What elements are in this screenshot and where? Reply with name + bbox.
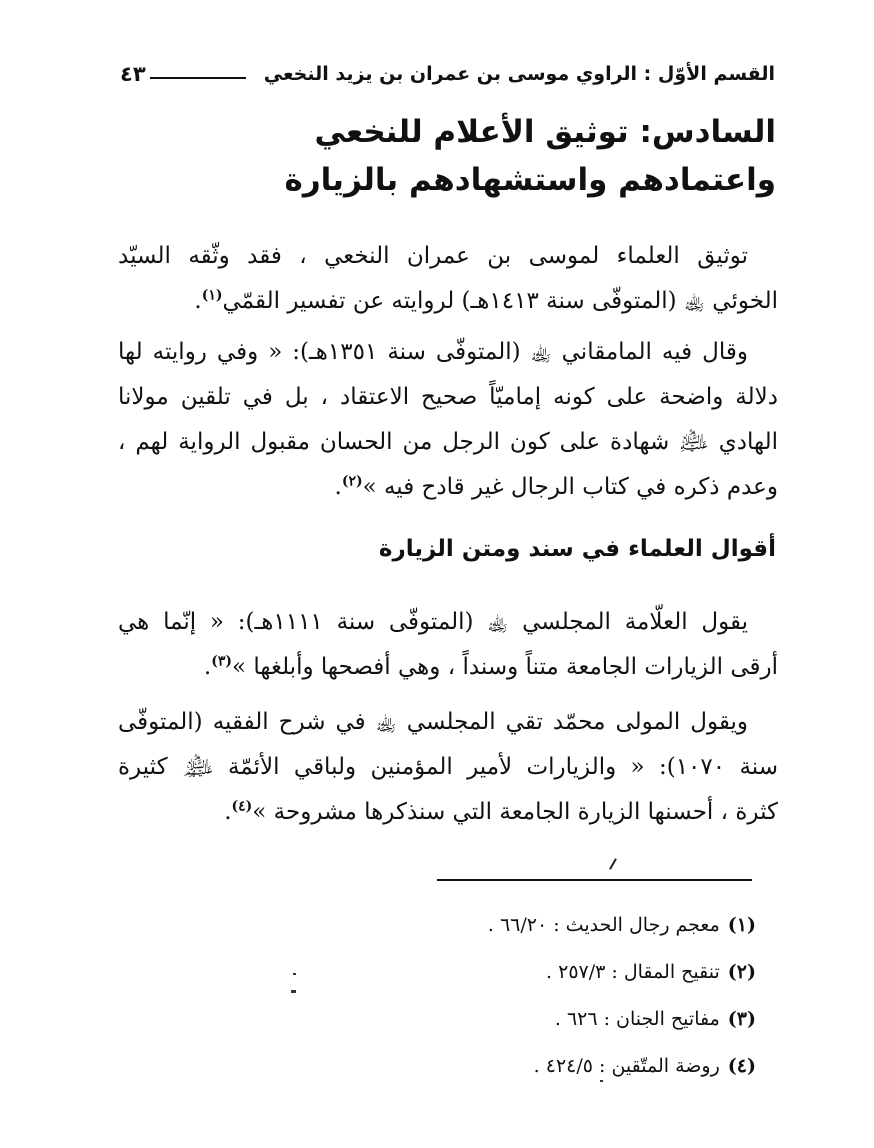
- paragraph-1: توثيق العلماء لموسى بن عمران النخعي ، فق…: [118, 234, 778, 324]
- section-title: السادس: توثيق الأعلام للنخعي واعتمادهم و…: [216, 108, 776, 204]
- footnote-number: (٢): [728, 961, 756, 983]
- paragraph-line: ويقول المولى محمّد تقي المجلسي ﵀ في شرح …: [118, 700, 778, 745]
- paragraph-line: الخوئي ﵀ (المتوفّى سنة ١٤١٣هـ) لروايته ع…: [118, 279, 778, 324]
- footnote-text: روضة المتّقين : ٤٢٤/٥ .: [534, 1055, 720, 1077]
- book-page: القسم الأوّل : الراوي موسى بن عمران بن ي…: [0, 0, 874, 1148]
- footnote-ref-2: (٢): [342, 473, 363, 489]
- period: .: [194, 288, 201, 314]
- footnote-ref-4: (٤): [232, 798, 253, 814]
- footnote-3: (٣)مفاتيح الجنان : ٦٢٦ .: [356, 996, 756, 1043]
- running-title: القسم الأوّل : الراوي موسى بن عمران بن ي…: [264, 63, 775, 85]
- subheading: أقوال العلماء في سند ومتن الزيارة: [379, 536, 776, 562]
- line-text: أرقى الزيارات الجامعة متناً وسنداً ، وهي…: [232, 654, 778, 680]
- footnote-ref-3: (٣): [211, 653, 232, 669]
- footnote-number: (٣): [728, 1008, 756, 1030]
- section-title-line-2: واعتمادهم واستشهادهم بالزيارة: [216, 156, 776, 204]
- footnote-text: معجم رجال الحديث : ٦٦/٢٠ .: [488, 914, 720, 936]
- line-text: الخوئي ﵀ (المتوفّى سنة ١٤١٣هـ) لروايته ع…: [223, 288, 778, 314]
- period: .: [224, 799, 231, 825]
- footnote-1: (١)معجم رجال الحديث : ٦٦/٢٠ .: [356, 902, 756, 949]
- running-header: القسم الأوّل : الراوي موسى بن عمران بن ي…: [120, 56, 775, 92]
- footnote-number: (٤): [728, 1055, 756, 1077]
- paragraph-line: وعدم ذكره في كتاب الرجال غير قادح فيه »(…: [118, 465, 778, 510]
- footnote-number: (١): [728, 914, 756, 936]
- footnote-text: تنقيح المقال : ٢٥٧/٣ .: [546, 961, 720, 983]
- footnote-separator: [437, 879, 752, 881]
- line-text: كثرة ، أحسنها الزيارة الجامعة التي سنذكر…: [252, 799, 778, 825]
- paragraph-line: وقال فيه المامقاني ﵀ (المتوفّى سنة ١٣٥١ه…: [118, 330, 778, 375]
- paragraph-4: ويقول المولى محمّد تقي المجلسي ﵀ في شرح …: [118, 700, 778, 835]
- header-rule: [150, 77, 246, 79]
- section-title-line-1: السادس: توثيق الأعلام للنخعي: [216, 108, 776, 156]
- footnote-ref-1: (١): [202, 287, 223, 303]
- scan-mark: [609, 858, 617, 869]
- page-number: ٤٣: [120, 62, 146, 86]
- footnote-text: مفاتيح الجنان : ٦٢٦ .: [555, 1008, 720, 1030]
- paragraph-line: يقول العلّامة المجلسي ﵀ (المتوفّى سنة ١١…: [118, 600, 778, 645]
- paragraph-2: وقال فيه المامقاني ﵀ (المتوفّى سنة ١٣٥١ه…: [118, 330, 778, 510]
- period: .: [335, 474, 342, 500]
- paragraph-line: الهادي ﵇ شهادة على كون الرجل من الحسان م…: [118, 420, 778, 465]
- paragraph-line: دلالة واضحة على كونه إماميّاً صحيح الاعت…: [118, 375, 778, 420]
- paragraph-line: سنة ١٠٧٠): « والزيارات لأمير المؤمنين ول…: [118, 745, 778, 790]
- scan-dot: [291, 990, 296, 993]
- footnote-4: (٤)روضة المتّقين : ٤٢٤/٥ .: [356, 1043, 756, 1090]
- line-text: وعدم ذكره في كتاب الرجال غير قادح فيه »: [363, 474, 778, 500]
- paragraph-line: أرقى الزيارات الجامعة متناً وسنداً ، وهي…: [118, 645, 778, 690]
- paragraph-line: كثرة ، أحسنها الزيارة الجامعة التي سنذكر…: [118, 790, 778, 835]
- footnotes: (١)معجم رجال الحديث : ٦٦/٢٠ . (٢)تنقيح ا…: [356, 902, 756, 1090]
- paragraph-line: توثيق العلماء لموسى بن عمران النخعي ، فق…: [118, 234, 778, 279]
- scan-dot: [293, 973, 296, 975]
- paragraph-3: يقول العلّامة المجلسي ﵀ (المتوفّى سنة ١١…: [118, 600, 778, 690]
- footnote-2: (٢)تنقيح المقال : ٢٥٧/٣ .: [356, 949, 756, 996]
